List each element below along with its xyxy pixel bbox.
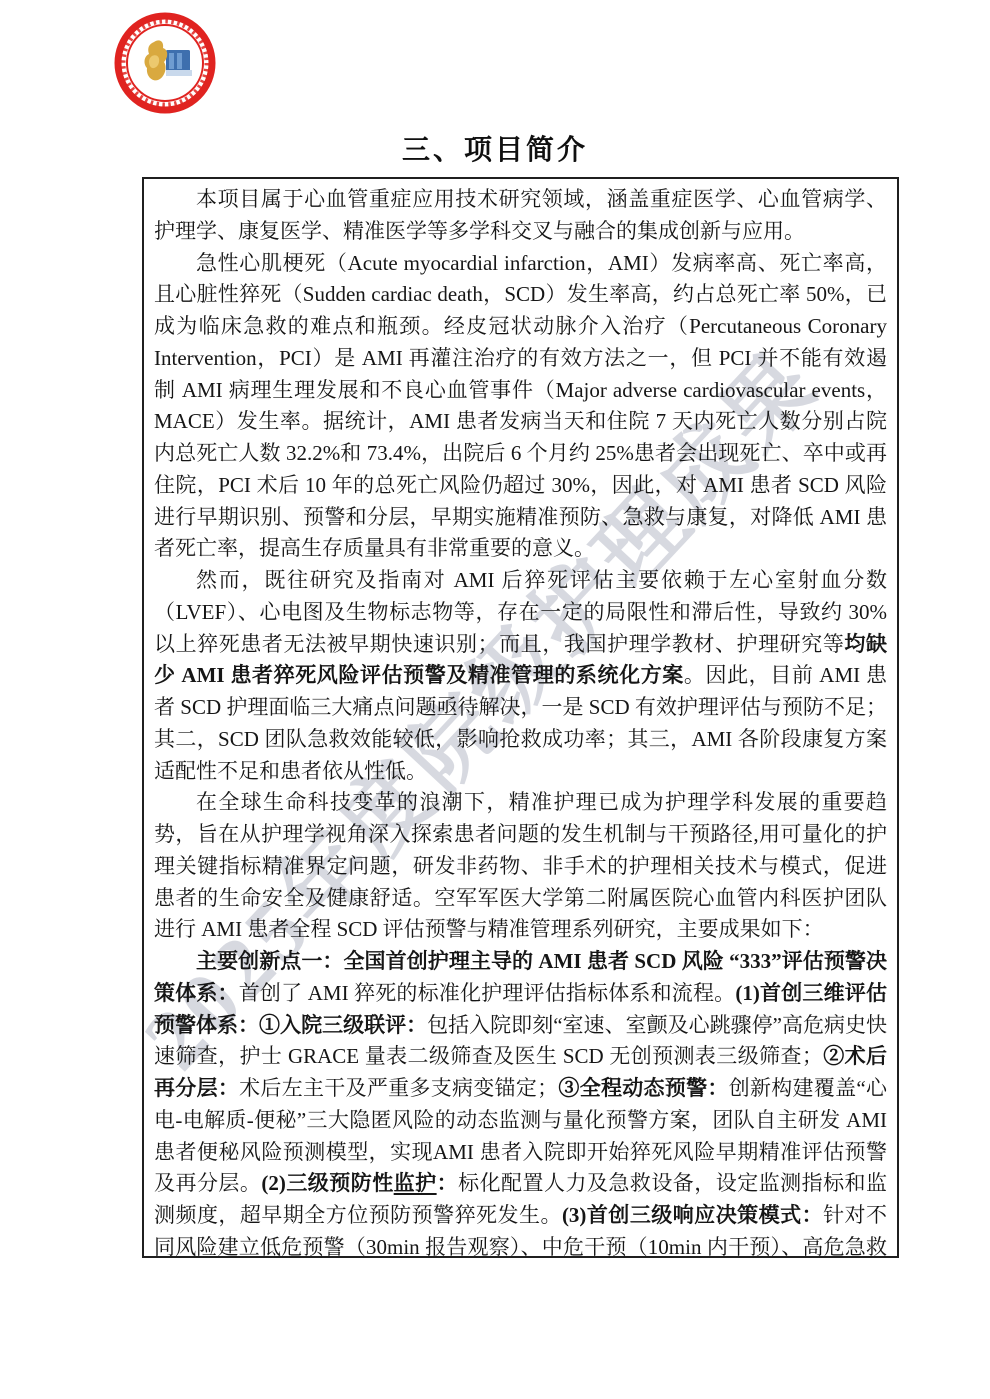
- document-page: 2025年度院级护理成果 三、项目简介: [0, 0, 990, 1399]
- text-run: 急性心肌梗死（Acute myocardial infarction，AMI）发…: [154, 251, 887, 561]
- emphasized-text-run: ③全程动态预警：: [558, 1076, 729, 1100]
- section-title: 三、项目简介: [0, 128, 990, 168]
- seal-building-base: [166, 70, 192, 76]
- text-run: 在全球生命科技变革的浪潮下，精准护理已成为护理学科发展的重要趋势，旨在从护理学视…: [154, 790, 887, 941]
- seal-building-window: [177, 53, 182, 69]
- emphasized-text-run: (2)三级预防性: [261, 1171, 393, 1195]
- seal-building-window: [169, 53, 174, 69]
- seal-inner-ring: [127, 25, 203, 101]
- emphasized-text-run: ：: [437, 1171, 458, 1195]
- paragraph: 急性心肌梗死（Acute myocardial infarction，AMI）发…: [154, 248, 887, 566]
- paragraph: 在全球生命科技变革的浪潮下，精准护理已成为护理学科发展的重要趋势，旨在从护理学视…: [154, 787, 887, 946]
- text-run: 首创了 AMI 猝死的标准化护理评估指标体系和流程。: [239, 981, 736, 1005]
- paragraph: 本项目属于心血管重症应用技术研究领域，涵盖重症医学、心血管病学、护理学、康复医学…: [154, 184, 887, 248]
- paragraph: 然而，既往研究及指南对 AMI 后猝死评估主要依赖于左心室射血分数（LVEF）、…: [154, 565, 887, 787]
- emphasized-text-run: (3)首创三级响应决策模式：: [562, 1203, 823, 1227]
- text-run: 然而，既往研究及指南对 AMI 后猝死评估主要依赖于左心室射血分数（LVEF）、…: [154, 568, 887, 656]
- paragraph: 主要创新点一：全国首创护理主导的 AMI 患者 SCD 风险 “333”评估预警…: [154, 946, 887, 1258]
- office-seal-logo: [114, 12, 216, 114]
- emphasized-text-run: 监护: [394, 1171, 437, 1195]
- project-summary-box: 本项目属于心血管重症应用技术研究领域，涵盖重症医学、心血管病学、护理学、康复医学…: [142, 177, 899, 1258]
- seal-graphic: [114, 12, 216, 114]
- text-run: 术后左主干及严重多支病变锚定；: [239, 1076, 558, 1100]
- text-run: 本项目属于心血管重症应用技术研究领域，涵盖重症医学、心血管病学、护理学、康复医学…: [154, 187, 887, 243]
- body-paragraphs: 本项目属于心血管重症应用技术研究领域，涵盖重症医学、心血管病学、护理学、康复医学…: [154, 184, 887, 1258]
